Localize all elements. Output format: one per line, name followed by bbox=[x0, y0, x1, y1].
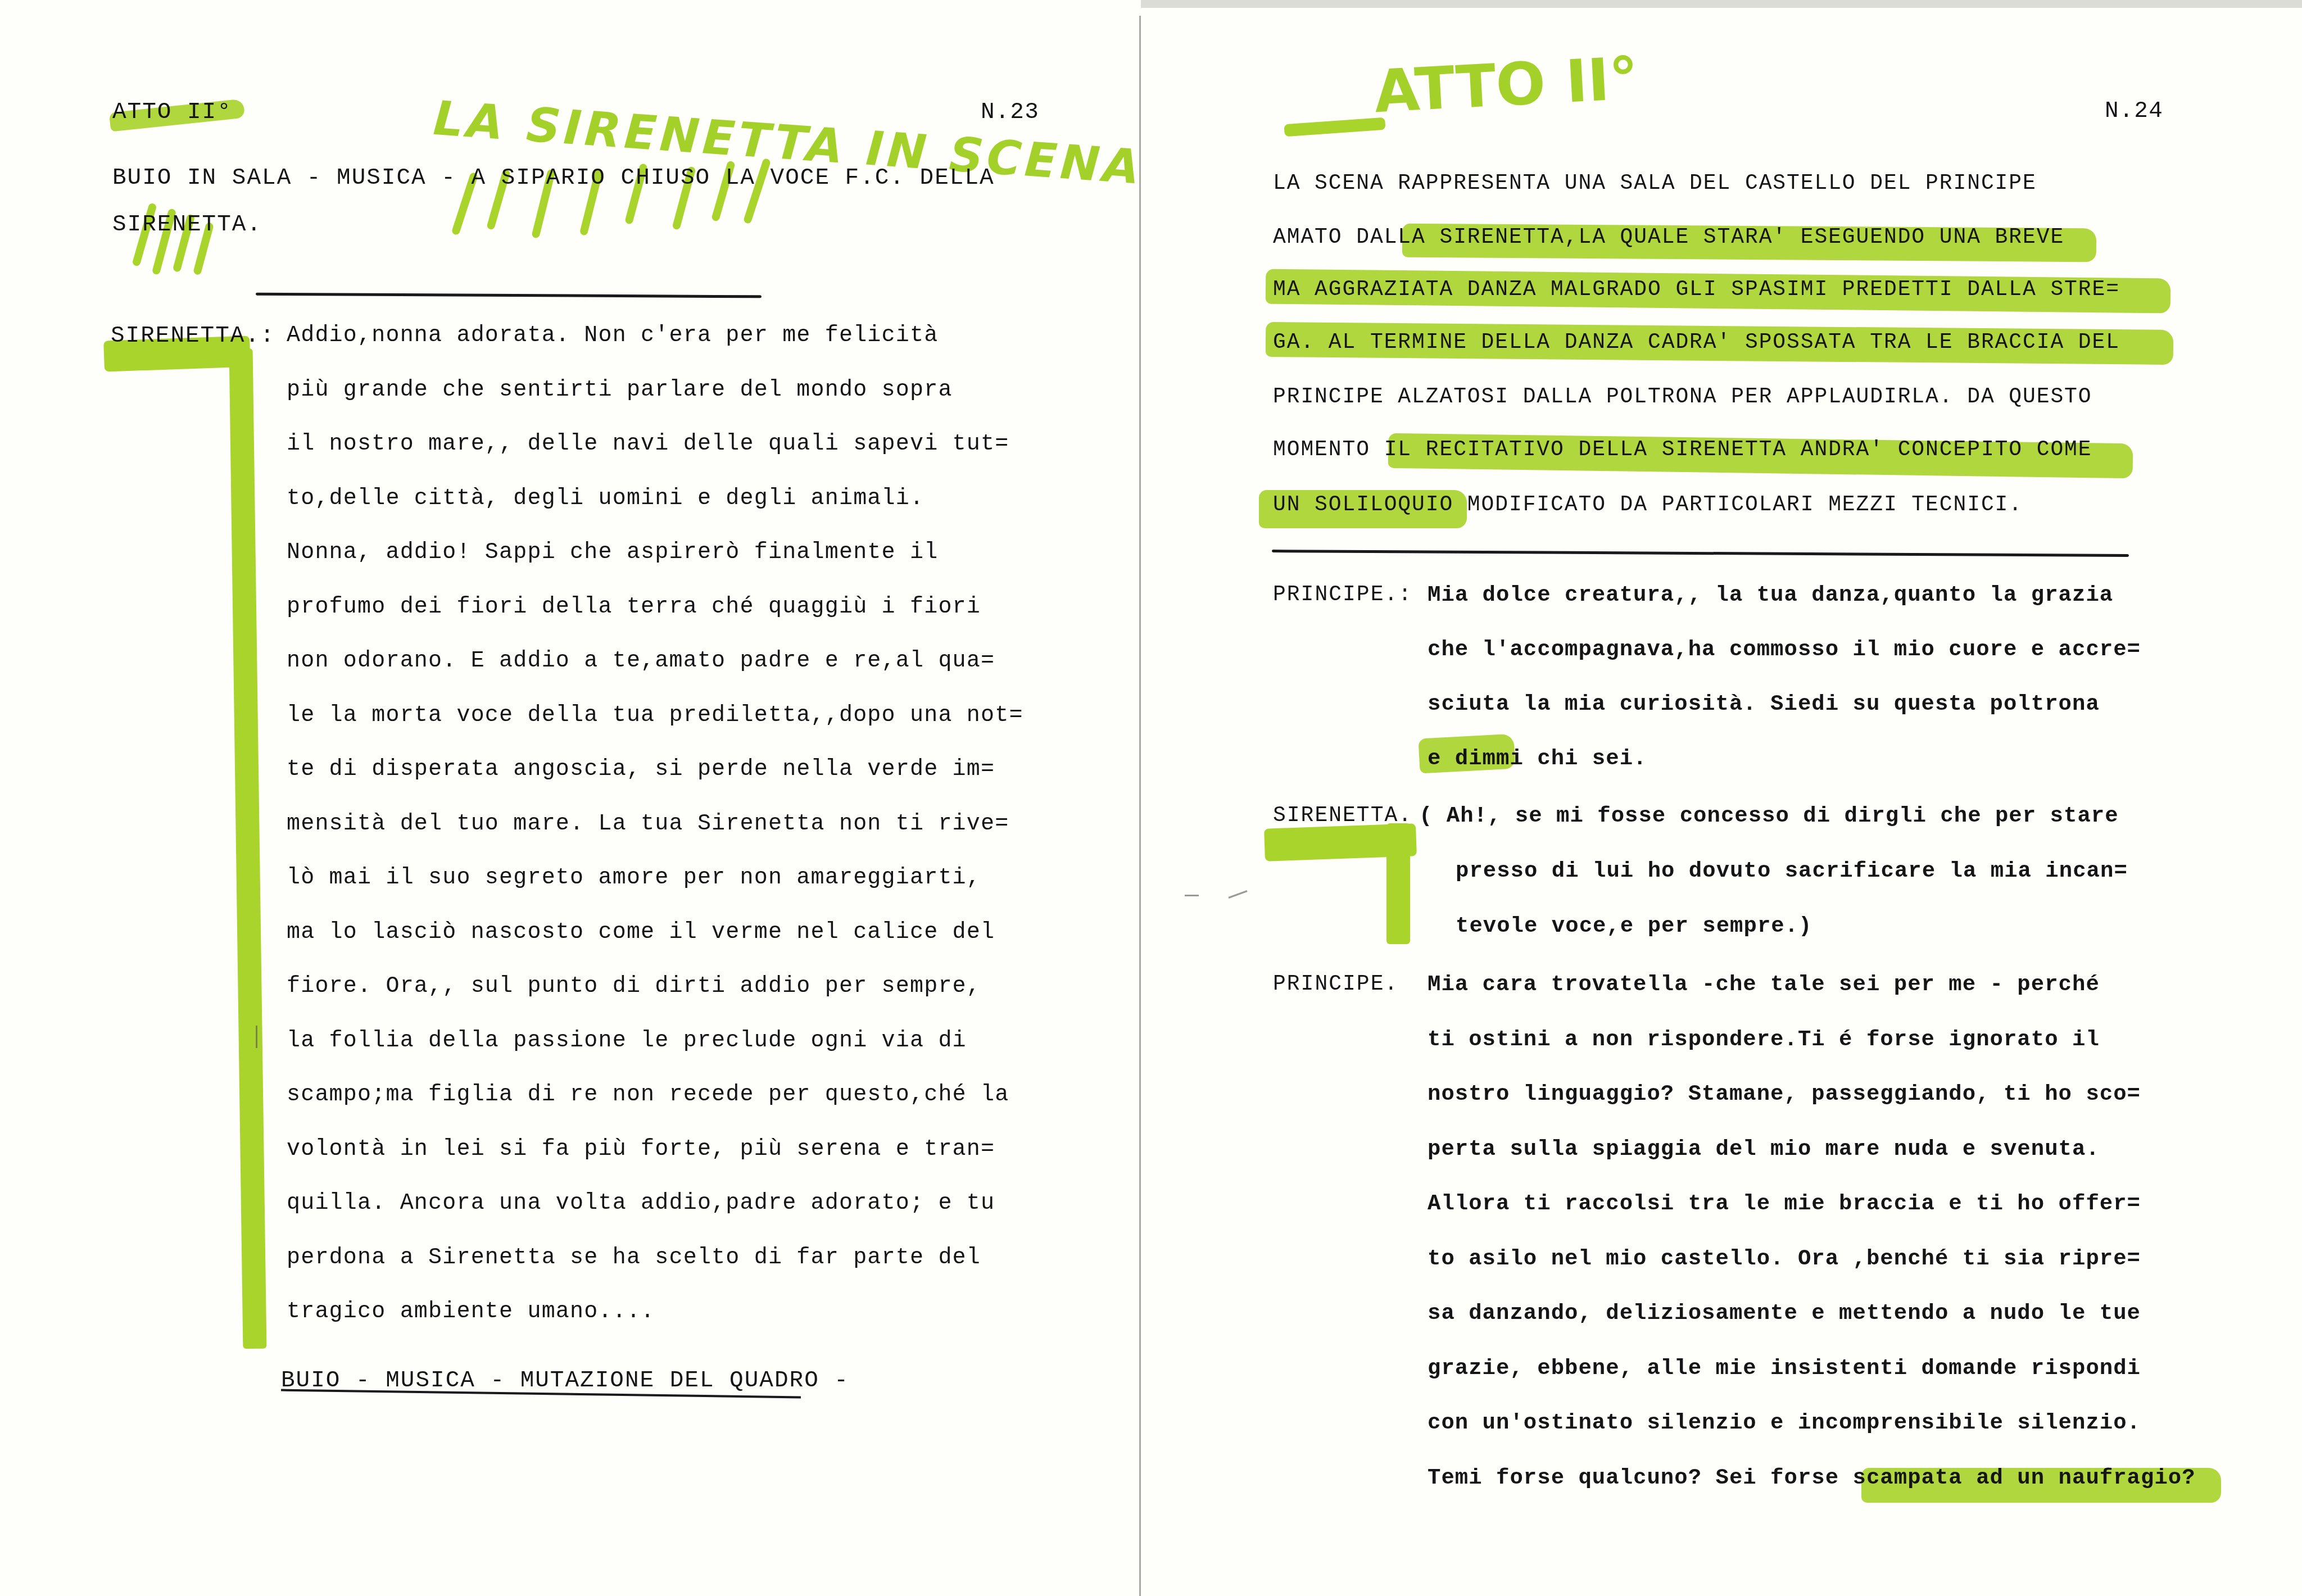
highlight-bracket-vertical bbox=[1386, 823, 1410, 944]
speech-line: lò mai il suo segreto amore per non amar… bbox=[287, 867, 981, 890]
speaker-label: PRINCIPE. bbox=[1273, 974, 1398, 995]
dialogue-line: ti ostini a non rispondere.Ti é forse ig… bbox=[1428, 1029, 2100, 1051]
dialogue-line: con un'ostinato silenzio e incomprensibi… bbox=[1428, 1412, 2141, 1434]
dialogue-line: che l'accompagnava,ha commosso il mio cu… bbox=[1428, 639, 2141, 661]
act-label-left: ATTO II° bbox=[112, 101, 232, 124]
dialogue-line: to asilo nel mio castello. Ora ,benché t… bbox=[1428, 1248, 2141, 1270]
dialogue-line: grazie, ebbene, alle mie insistenti doma… bbox=[1428, 1358, 2141, 1380]
speech-line: scampo;ma figlia di re non recede per qu… bbox=[287, 1084, 1009, 1107]
closing-stage-direction: BUIO - MUSICA - MUTAZIONE DEL QUADRO - bbox=[281, 1370, 849, 1393]
script-page-23 bbox=[0, 0, 1139, 1596]
speech-line: te di disperata angoscia, si perde nella… bbox=[287, 759, 995, 781]
dialogue-line: tevole voce,e per sempre.) bbox=[1456, 915, 1812, 937]
page-number-right: N.24 bbox=[2105, 100, 2163, 123]
speech-line: profumo dei fiori della terra ché quaggi… bbox=[287, 596, 981, 619]
speech-line: più grande che sentirti parlare del mond… bbox=[287, 379, 953, 402]
speech-line: perdona a Sirenetta se ha scelto di far … bbox=[287, 1247, 981, 1269]
speech-line: mensità del tuo mare. La tua Sirenetta n… bbox=[287, 813, 1009, 836]
dialogue-line: Allora ti raccolsi tra le mie braccia e … bbox=[1428, 1193, 2141, 1215]
stage-direction-line: MA AGGRAZIATA DANZA MALGRADO GLI SPASIMI… bbox=[1273, 279, 2120, 301]
speech-line: Nonna, addio! Sappi che aspirerò finalme… bbox=[287, 542, 938, 564]
speech-line: fiore. Ora,, sul punto di dirti addio pe… bbox=[287, 976, 981, 998]
speech-line: tragico ambiente umano.... bbox=[287, 1301, 655, 1323]
dialogue-line: perta sulla spiaggia del mio mare nuda e… bbox=[1428, 1139, 2100, 1160]
dialogue-line: Temi forse qualcuno? Sei forse scampata … bbox=[1428, 1467, 2196, 1489]
dialogue-line: sciuta la mia curiosità. Siedi su questa… bbox=[1428, 693, 2100, 715]
speech-line: ma lo lasciò nascosto come il verme nel … bbox=[287, 922, 995, 944]
speech-line: non odorano. E addio a te,amato padre e … bbox=[287, 650, 995, 673]
speaker-label: SIRENETTA.: bbox=[111, 325, 275, 348]
stage-direction-line: SIRENETTA. bbox=[112, 214, 262, 237]
scan-border bbox=[1141, 0, 2302, 8]
handwritten-annotation-right: ATTO II° bbox=[1372, 44, 1640, 126]
stage-direction-line: AMATO DALLA SIRENETTA,LA QUALE STARA' ES… bbox=[1273, 227, 2064, 248]
stage-direction-line: MOMENTO IL RECITATIVO DELLA SIRENETTA AN… bbox=[1273, 439, 2092, 461]
speech-line: il nostro mare,, delle navi delle quali … bbox=[287, 433, 1009, 456]
dialogue-line: ( Ah!, se mi fosse concesso di dirgli ch… bbox=[1419, 805, 2119, 827]
dialogue-line: presso di lui ho dovuto sacrificare la m… bbox=[1456, 860, 2128, 882]
page-number-left: N.23 bbox=[981, 101, 1039, 124]
dialogue-line: nostro linguaggio? Stamane, passeggiando… bbox=[1428, 1083, 2141, 1105]
dialogue-line: e dimmi chi sei. bbox=[1428, 748, 1647, 770]
pencil-mark bbox=[1185, 895, 1199, 896]
speech-line: volontà in lei si fa più forte, più sere… bbox=[287, 1139, 995, 1161]
stage-direction-line: PRINCIPE ALZATOSI DALLA POLTRONA PER APP… bbox=[1273, 387, 2092, 408]
dialogue-line: Mia dolce creatura,, la tua danza,quanto… bbox=[1428, 584, 2113, 606]
speaker-label: SIRENETTA. bbox=[1273, 805, 1412, 827]
speaker-label: PRINCIPE.: bbox=[1273, 584, 1412, 606]
stage-direction-line: GA. AL TERMINE DELLA DANZA CADRA' SPOSSA… bbox=[1273, 332, 2120, 353]
speech-line: quilla. Ancora una volta addio,padre ado… bbox=[287, 1193, 995, 1215]
stage-direction-line: BUIO IN SALA - MUSICA - A SIPARIO CHIUSO… bbox=[112, 167, 995, 190]
dialogue-line: sa danzando, deliziosamente e mettendo a… bbox=[1428, 1303, 2141, 1325]
page-gutter bbox=[1139, 16, 1141, 1596]
dialogue-line: Mia cara trovatella -che tale sei per me… bbox=[1428, 974, 2100, 996]
pencil-mark bbox=[256, 1026, 257, 1048]
speech-line: la follia della passione le preclude ogn… bbox=[287, 1030, 967, 1053]
speech-line: le la morta voce della tua prediletta,,d… bbox=[287, 705, 1023, 727]
stage-direction-line: LA SCENA RAPPRESENTA UNA SALA DEL CASTEL… bbox=[1273, 173, 2037, 194]
speech-line: Addio,nonna adorata. Non c'era per me fe… bbox=[287, 325, 938, 347]
speech-line: to,delle città, degli uomini e degli ani… bbox=[287, 488, 924, 510]
stage-direction-line: UN SOLILOQUIO MODIFICATO DA PARTICOLARI … bbox=[1273, 495, 2023, 516]
